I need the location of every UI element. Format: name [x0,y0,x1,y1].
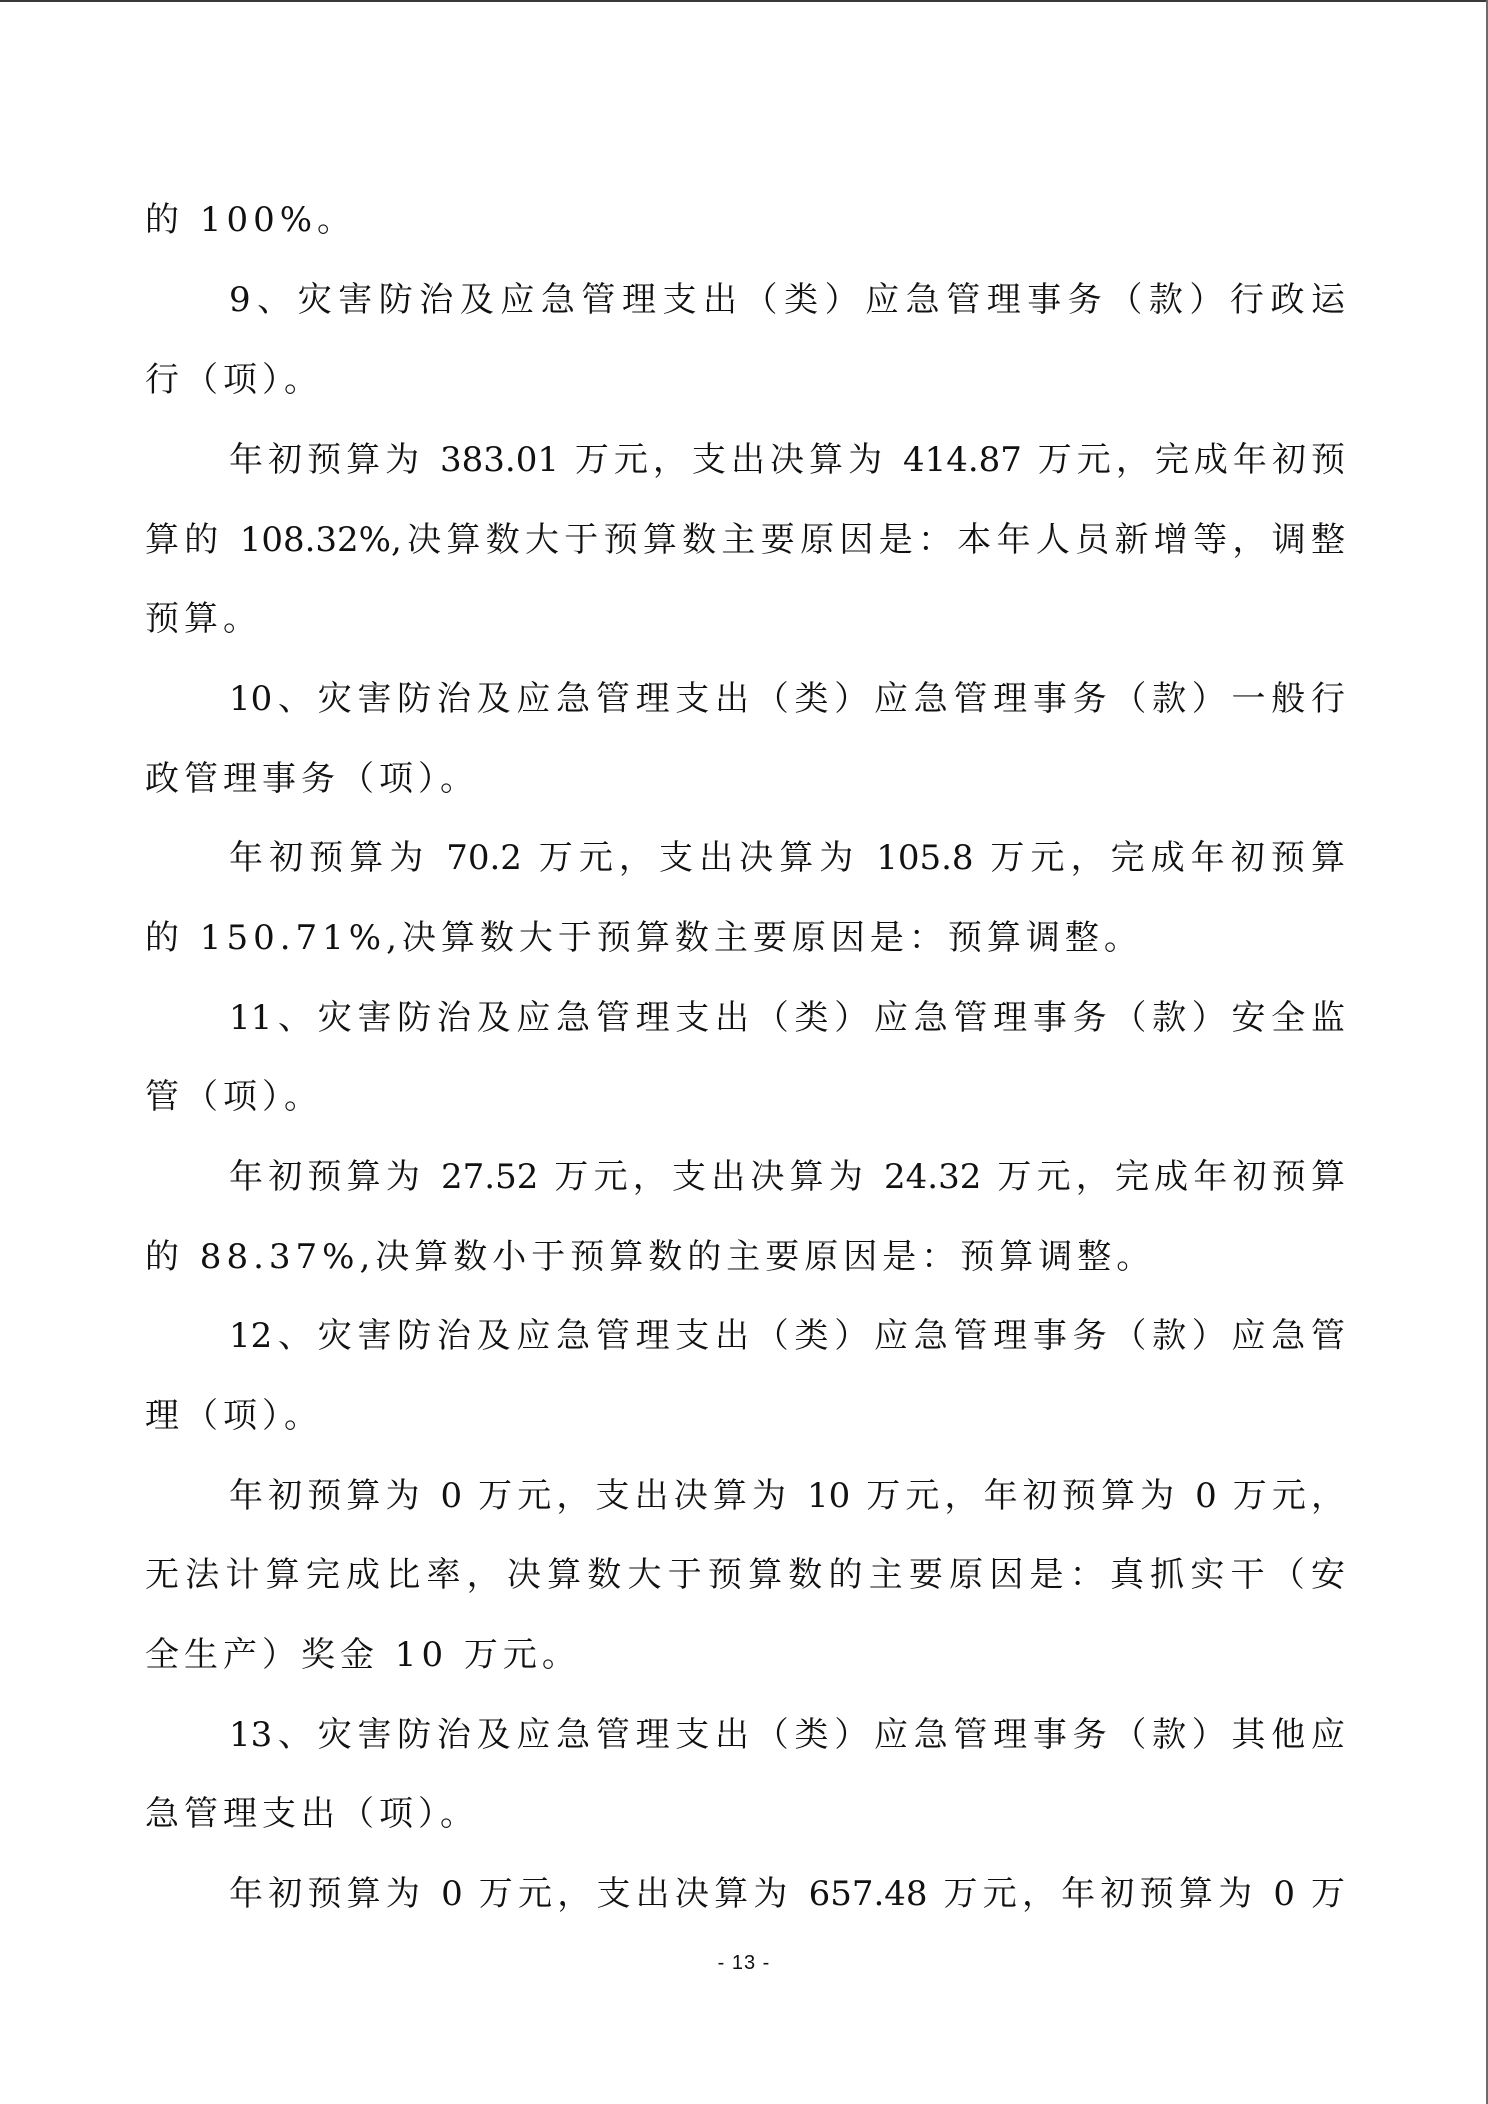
text-line: 急管理支出（项）。 [145,1789,1345,1839]
text-line: 年初预算为 27.52 万元，支出决算为 24.32 万元，完成年初预算 [229,1152,1345,1202]
text-line: 年初预算为 383.01 万元，支出决算为 414.87 万元，完成年初预 [229,435,1345,485]
text-line: 预算。 [145,594,1345,644]
text-line: 管（项）。 [145,1072,1345,1122]
text-line: 10、灾害防治及应急管理支出（类）应急管理事务（款）一般行 [229,674,1345,724]
text-line: 无法计算完成比率，决算数大于预算数的主要原因是：真抓实干（安 [145,1550,1345,1600]
text-line: 的 100%。 [145,195,1345,245]
text-line: 算的 108.32%,决算数大于预算数主要原因是：本年人员新增等，调整 [145,515,1345,565]
text-line: 年初预算为 70.2 万元，支出决算为 105.8 万元，完成年初预算 [229,833,1345,883]
text-line: 12、灾害防治及应急管理支出（类）应急管理事务（款）应急管 [229,1311,1345,1361]
text-line: 11、灾害防治及应急管理支出（类）应急管理事务（款）安全监 [229,993,1345,1043]
text-line: 的 150.71%,决算数大于预算数主要原因是：预算调整。 [145,913,1345,963]
text-line: 政管理事务（项）。 [145,754,1345,804]
text-line: 9、灾害防治及应急管理支出（类）应急管理事务（款）行政运 [229,275,1345,325]
text-line: 行（项）。 [145,355,1345,405]
text-line: 年初预算为 0 万元，支出决算为 10 万元，年初预算为 0 万元， [229,1471,1345,1521]
text-line: 全生产）奖金 10 万元。 [145,1630,1345,1680]
text-line: 理（项）。 [145,1391,1345,1441]
page-number: - 13 - [0,1950,1488,1976]
text-line: 13、灾害防治及应急管理支出（类）应急管理事务（款）其他应 [229,1710,1345,1760]
text-line: 的 88.37%,决算数小于预算数的主要原因是：预算调整。 [145,1232,1345,1282]
text-line: 年初预算为 0 万元，支出决算为 657.48 万元，年初预算为 0 万 [229,1869,1345,1919]
page-top-border [0,0,1488,2]
